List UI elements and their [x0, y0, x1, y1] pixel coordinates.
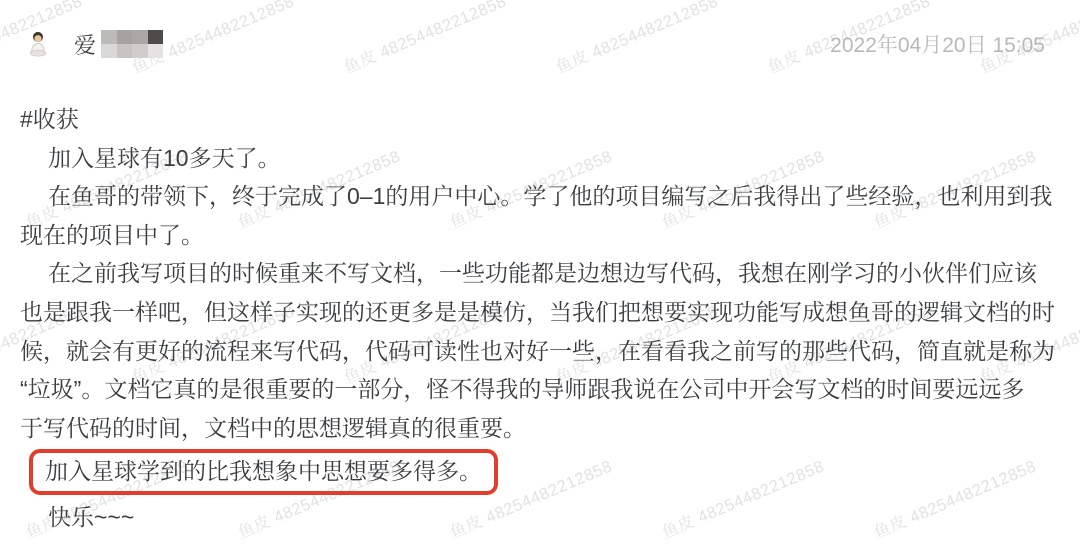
post-header: 爱 2022年04月20日 15:05	[28, 27, 1045, 61]
post-line-tag: #收获	[20, 100, 1070, 139]
post-line: “垃圾”。文档它真的是很重要的一部分，怪不得我的导师跟我说在公司中开会写文档的时…	[20, 370, 1070, 409]
post-line: 现在的项目中了。	[20, 216, 1070, 255]
username-visible-text: 爱	[74, 29, 96, 60]
post-timestamp: 2022年04月20日 15:05	[830, 29, 1045, 59]
post-line: 于写代码的时间，文档中的思想逻辑真的很重要。	[20, 409, 1070, 448]
post-line: 快乐~~~	[20, 498, 1070, 537]
post-line: 候，就会有更好的流程来写代码，代码可读性也对好一些，在看看我之前写的那些代码，简…	[20, 332, 1070, 371]
post-screenshot: 鱼皮 48254482212858鱼皮 48254482212858鱼皮 482…	[0, 0, 1080, 555]
post-body: #收获 加入星球有10多天了。 在鱼哥的带领下，终于完成了0–1的用户中心。学了…	[20, 100, 1070, 537]
red-highlight-box: 加入星球学到的比我想象中思想要多得多。	[29, 449, 498, 495]
post-line-highlighted: 加入星球学到的比我想象中思想要多得多。	[20, 447, 1070, 498]
post-line: 在鱼哥的带领下，终于完成了0–1的用户中心。学了他的项目编写之后我得出了些经验，…	[20, 177, 1070, 216]
username[interactable]: 爱	[74, 29, 163, 60]
post-line: 也是跟我一样吧，但这样子实现的还更多是是模仿，当我们把想要实现功能写成想鱼哥的逻…	[20, 293, 1070, 332]
post-line: 在之前我写项目的时候重来不写文档，一些功能都是边想边写代码，我想在刚学习的小伙伴…	[20, 254, 1070, 293]
censored-username-mosaic	[101, 30, 163, 58]
user-avatar-icon[interactable]	[28, 29, 48, 59]
meditating-person-icon	[28, 29, 48, 59]
post-line: 加入星球有10多天了。	[20, 139, 1070, 178]
